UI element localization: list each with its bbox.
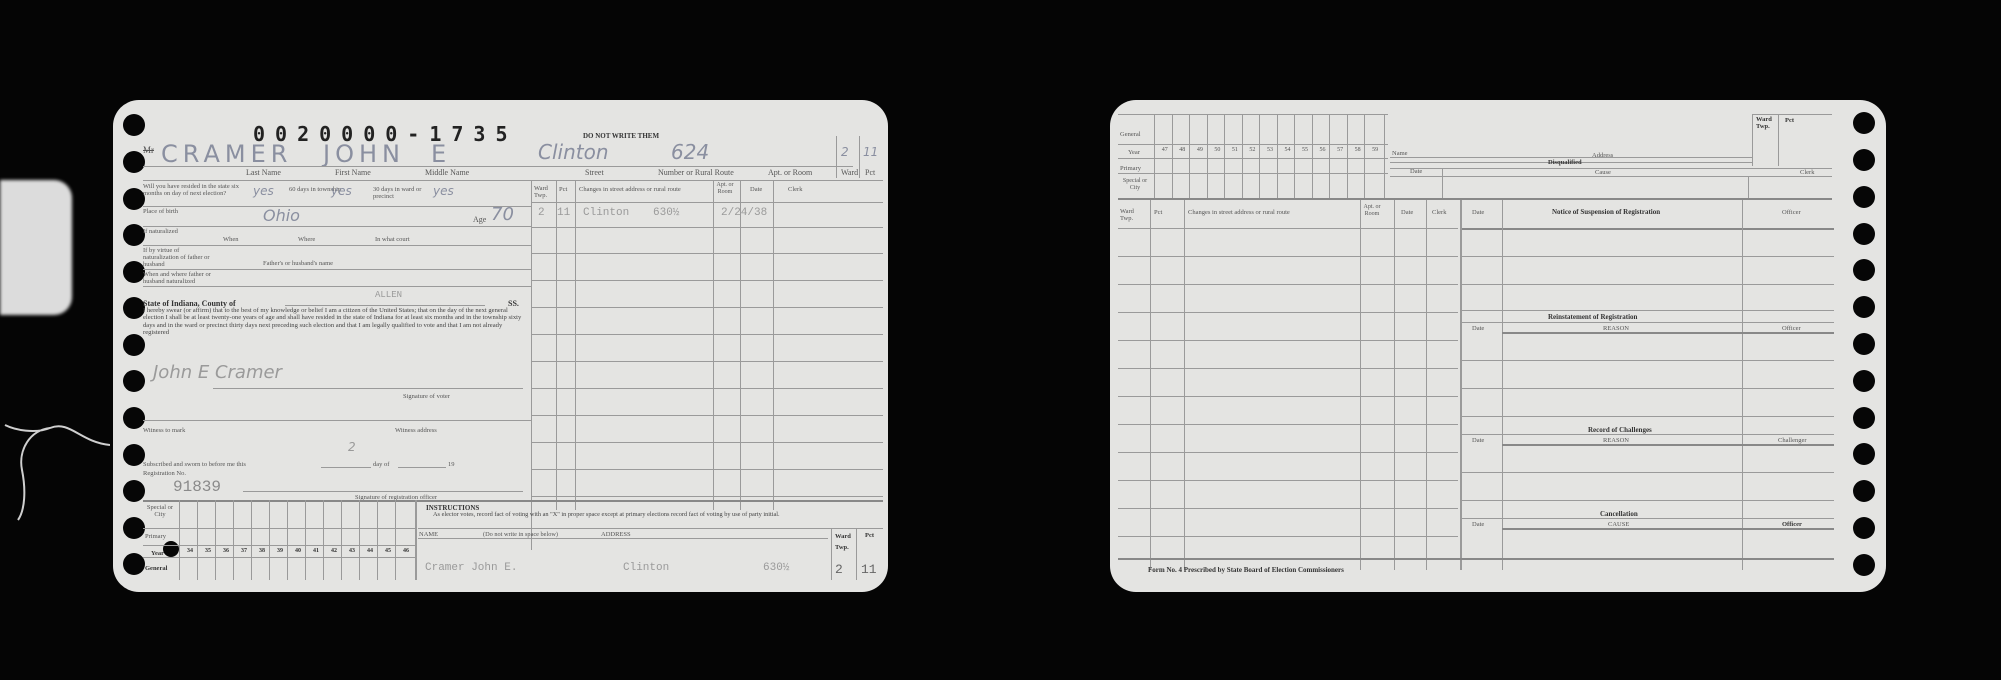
label-middle-name: Middle Name [425,168,469,177]
voter-signature-label: Signature of voter [403,392,450,401]
father-name-label: Father's or husband's name [263,259,333,268]
year-cell: 46 [397,548,415,554]
naturalized-where-label: Where [298,235,315,244]
back-disqualified-label: Disqualified [1548,158,1582,167]
instructions-text: As elector votes, record fact of voting … [433,511,813,518]
punch-hole [123,151,145,173]
registration-no-label: Registration No. [143,469,186,478]
registration-card-front: 0020000-1735 DO NOT WRITE THEM Mr CRAMER… [113,100,888,592]
label-apt: Apt. or Room [768,168,812,177]
year-cell: 47 [1156,147,1174,153]
middle-name-value: E [431,140,446,168]
punch-hole [123,553,145,575]
registration-no-value: 91839 [173,478,221,496]
residence-question: Will you have resided in the state six m… [143,183,253,197]
typed-street: Clinton [623,562,669,574]
punch-hole [123,444,145,466]
township-answer: yes [331,184,352,198]
punch-hole [1853,480,1875,502]
county-value: ALLEN [375,290,402,300]
title-prefix: Mr [143,146,154,155]
back-changes-header-ward: Ward Twp. [1120,208,1142,222]
punch-hole [1853,443,1875,465]
punch-hole [123,114,145,136]
back-changes-header-clerk: Clerk [1432,208,1446,217]
punch-hole [1853,259,1875,281]
punch-hole [123,407,145,429]
place-of-birth-value: Ohio [263,206,300,225]
back-ward-label: Ward Twp. [1756,116,1776,130]
label-ward: Ward [841,168,858,177]
ward-residence-answer: yes [433,184,454,198]
instructions-ward-label: Ward Twp. [835,531,853,553]
changes-row-ward: 2 [538,207,545,219]
punch-hole [123,224,145,246]
back-vote-row-primary: Primary [1120,164,1141,173]
vote-row-primary: Primary [145,532,166,541]
when-where-label: When and where father or husband natural… [143,271,215,285]
changes-row-date: 2/24/38 [721,207,767,219]
changes-row-number: 630½ [653,207,679,219]
cancellation-header-date: Date [1472,520,1484,529]
label-last-name: Last Name [246,168,281,177]
street-value: Clinton [538,140,609,164]
vote-row-general: General [145,564,167,573]
back-address-label: Address [1592,151,1613,160]
label-first-name: First Name [335,168,371,177]
changes-header-apt: Apt. or Room [715,182,735,195]
punch-hole [1853,112,1875,134]
year-cell: 59 [1366,147,1384,153]
year-suffix-label: 19 [448,460,455,469]
back-changes-header-date: Date [1401,208,1413,217]
back-vote-row-special: Special or City [1120,178,1150,191]
back-vote-years-row: 47 48 49 50 51 52 53 54 55 56 57 58 59 [1156,147,1384,153]
punch-hole [1853,149,1875,171]
suspension-header-date: Date [1472,208,1484,217]
registration-card-back: General Year Primary Special or City 47 … [1110,100,1886,592]
changes-header-date: Date [750,185,762,194]
pct-value: 11 [863,145,878,159]
suspension-header-officer: Officer [1782,208,1801,217]
typed-name: Cramer John E. [425,562,517,574]
thread-icon [0,420,110,530]
punch-hole [1853,186,1875,208]
vote-years-row: 34 35 36 37 38 39 40 41 42 43 44 45 46 [181,548,415,554]
reinstatement-header-date: Date [1472,324,1484,333]
changes-header-clerk: Clerk [788,185,802,194]
changes-row-pct: 11 [557,207,570,219]
changes-header-address: Changes in street address or rural route [579,185,681,194]
punch-hole [1853,517,1875,539]
vote-row-special: Special or City [145,504,175,518]
punch-hole [1853,333,1875,355]
punch-hole [123,261,145,283]
instructions-pct-label: Pct [865,531,874,540]
reinstatement-title: Reinstatement of Registration [1548,313,1637,322]
subscribed-label: Subscribed and sworn to before me this [143,460,246,469]
witness-label: Witness to mark [143,426,185,435]
changes-header-ward: Ward Twp. [534,185,556,199]
challenges-header-date: Date [1472,436,1484,445]
place-of-birth-label: Place of birth [143,208,183,215]
naturalized-when-label: When [223,235,239,244]
punch-hole [123,297,145,319]
day-of-label: day of [373,460,389,469]
label-pct: Pct [865,168,875,177]
changes-header-pct: Pct [559,185,567,194]
punch-hole [1853,296,1875,318]
age-label: Age [473,215,486,224]
typed-ward: 2 [835,562,843,577]
subscribed-day-value: 2 [348,440,356,454]
voter-signature: John E Cramer [153,362,282,383]
naturalized-label: If naturalized [143,228,191,235]
age-value: 70 [491,204,514,225]
back-changes-header-address: Changes in street address or rural route [1188,208,1290,217]
suspension-header-title: Notice of Suspension of Registration [1552,208,1660,217]
typed-number: 630½ [763,562,789,574]
punch-hole [1853,554,1875,576]
label-number: Number or Rural Route [658,168,734,177]
back-pct-label: Pct [1785,116,1794,125]
back-date-label: Date [1410,167,1422,176]
punch-hole [1853,370,1875,392]
virtue-label: If by virtue of naturalization of father… [143,247,213,268]
form-footer: Form No. 4 Prescribed by State Board of … [1148,566,1344,575]
ward-value: 2 [841,145,849,159]
witness-address-label: Witness address [395,426,437,435]
oath-text: I hereby swear (or affirm) that to the b… [143,307,528,336]
last-name-value: CRAMER [161,140,292,168]
state-residence-answer: yes [253,184,274,198]
changes-row-street: Clinton [583,207,629,219]
label-street: Street [585,168,604,177]
house-number-value: 624 [671,140,709,164]
back-vote-row-year: Year [1128,148,1140,157]
punch-hole [123,188,145,210]
punch-hole [123,370,145,392]
back-changes-header-apt: Apt. or Room [1362,204,1382,217]
punch-hole [1853,223,1875,245]
year-cell: 49 [1191,147,1209,153]
back-vote-row-general: General [1120,130,1141,139]
paper-scrap [0,180,72,315]
first-name-value: JOHN [323,140,405,168]
punch-hole [123,334,145,356]
naturalized-court-label: In what court [375,235,410,244]
back-changes-header-pct: Pct [1154,208,1162,217]
typed-pct: 11 [861,562,877,577]
punch-hole [123,517,145,539]
punch-hole [1853,407,1875,429]
punch-hole [123,480,145,502]
punch-hole-small [163,541,179,557]
